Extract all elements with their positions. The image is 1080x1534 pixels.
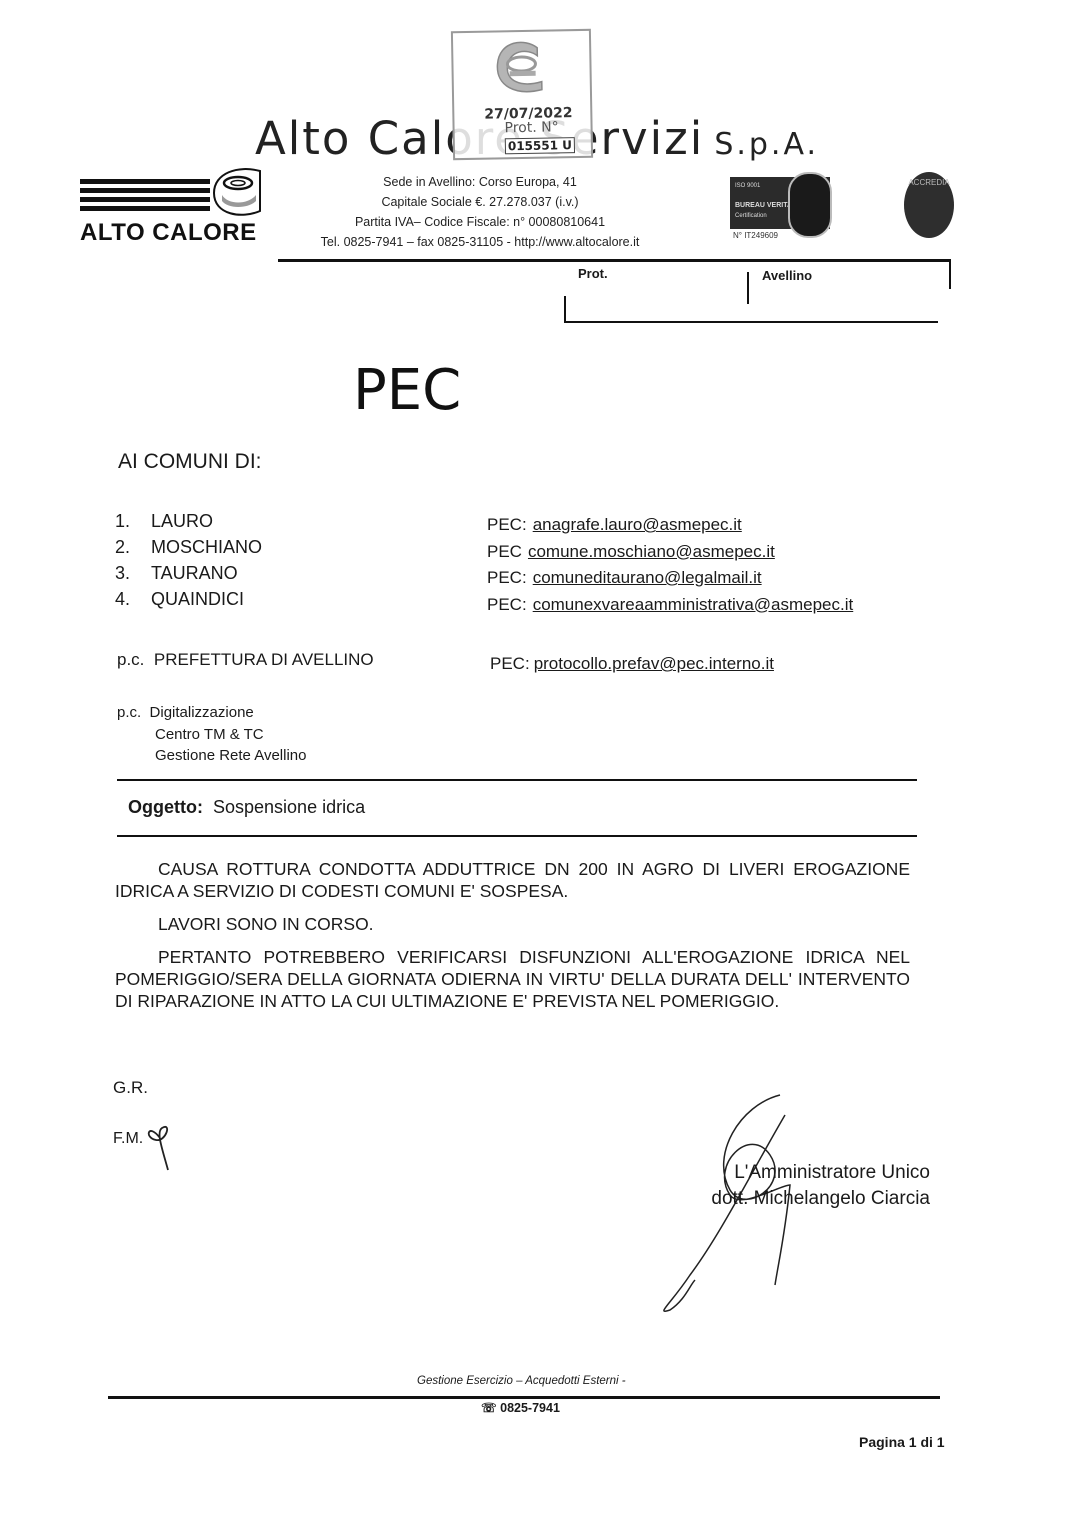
recipients-heading: AI COMUNI DI: (118, 450, 262, 474)
stamp-number: 015551 U (505, 137, 575, 154)
cc-prefettura: p.c. PREFETTURA DI AVELLINO (117, 650, 374, 670)
logo-text: ALTO CALORE (80, 219, 257, 247)
footer-phone: ☏ 0825-7941 (481, 1400, 560, 1415)
initials-gr: G.R. (113, 1078, 148, 1098)
place-label: Avellino (762, 268, 812, 283)
footer-department: Gestione Esercizio – Acquedotti Esterni … (417, 1375, 626, 1387)
company-suffix: S.p.A. (714, 127, 819, 162)
initials-signature-icon (142, 1118, 182, 1173)
pec-address-link[interactable]: comune.moschiano@asmepec.it (528, 542, 775, 561)
signature-block: L'Amministratore Unico dott. Michelangel… (700, 1160, 930, 1212)
header-rule (278, 259, 951, 262)
pec-address-link[interactable]: comuneditaurano@legalmail.it (533, 568, 762, 587)
recipient-item: 3.TAURANO (115, 560, 262, 586)
cc-internal: p.c. Digitalizzazione Centro TM & TC Ges… (117, 702, 307, 767)
pec-item: PECcomune.moschiano@asmepec.it (487, 539, 853, 566)
protocol-stamp: 27/07/2022 Prot. N° 015551 U (451, 29, 593, 160)
recipient-pec-list: PEC:anagrafe.lauro@asmepec.it PECcomune.… (487, 512, 853, 618)
prot-label: Prot. (578, 266, 608, 281)
pec-item: PEC:comunexvareaamministrativa@asmepec.i… (487, 592, 853, 619)
recipient-item: 1.LAURO (115, 508, 262, 534)
prot-box-left (564, 296, 566, 322)
page-number: Pagina 1 di 1 (859, 1434, 945, 1450)
signatory-name: dott. Michelangelo Ciarcia (700, 1186, 930, 1212)
signatory-title: L'Amministratore Unico (700, 1160, 930, 1186)
footer-rule (108, 1396, 940, 1399)
subject-rule-bottom (117, 835, 917, 837)
body-paragraph: PERTANTO POTREBBERO VERIFICARSI DISFUNZI… (115, 946, 910, 1012)
header-rule-end (949, 262, 951, 289)
letter-body: CAUSA ROTTURA CONDOTTA ADDUTTRICE DN 200… (115, 858, 910, 1023)
logo-stripes (80, 179, 210, 219)
certification-number: N° IT249609 (733, 231, 778, 240)
cc-prefettura-pec: PEC:protocollo.prefav@pec.interno.it (490, 654, 774, 674)
alto-calore-logo: ALTO CALORE (80, 165, 270, 245)
recipients-list: 1.LAURO 2.MOSCHIANO 3.TAURANO 4.QUAINDIC… (115, 508, 262, 612)
accredia-logo-icon: ACCREDIA (904, 172, 954, 238)
subject-rule-top (117, 779, 917, 781)
telephone-icon: ☏ (481, 1401, 497, 1415)
bureau-veritas-badge: ISO 9001 BUREAU VERITAS Certification (730, 177, 830, 229)
company-address: Sede in Avellino: Corso Europa, 41 Capit… (300, 172, 660, 252)
stamp-label: Prot. N° (504, 119, 558, 136)
document-title: PEC (353, 358, 461, 423)
pec-item: PEC:anagrafe.lauro@asmepec.it (487, 512, 853, 539)
pec-item: PEC:comuneditaurano@legalmail.it (487, 565, 853, 592)
bureau-veritas-seal-icon (788, 172, 832, 238)
recipient-item: 4.QUAINDICI (115, 586, 262, 612)
pec-address-link[interactable]: protocollo.prefav@pec.interno.it (534, 654, 774, 673)
initials-fm: F.M. (113, 1130, 143, 1148)
pec-address-link[interactable]: anagrafe.lauro@asmepec.it (533, 515, 742, 534)
subject-line: Oggetto: Sospensione idrica (128, 797, 365, 818)
alto-calore-stamp-logo-icon (491, 38, 548, 101)
recipient-item: 2.MOSCHIANO (115, 534, 262, 560)
body-paragraph: CAUSA ROTTURA CONDOTTA ADDUTTRICE DN 200… (115, 858, 910, 902)
prot-divider (747, 272, 749, 304)
pec-address-link[interactable]: comunexvareaamministrativa@asmepec.it (533, 595, 854, 614)
body-paragraph: LAVORI SONO IN CORSO. (115, 913, 910, 935)
prot-box-bottom (564, 321, 938, 323)
alto-calore-logo-icon (208, 165, 268, 220)
